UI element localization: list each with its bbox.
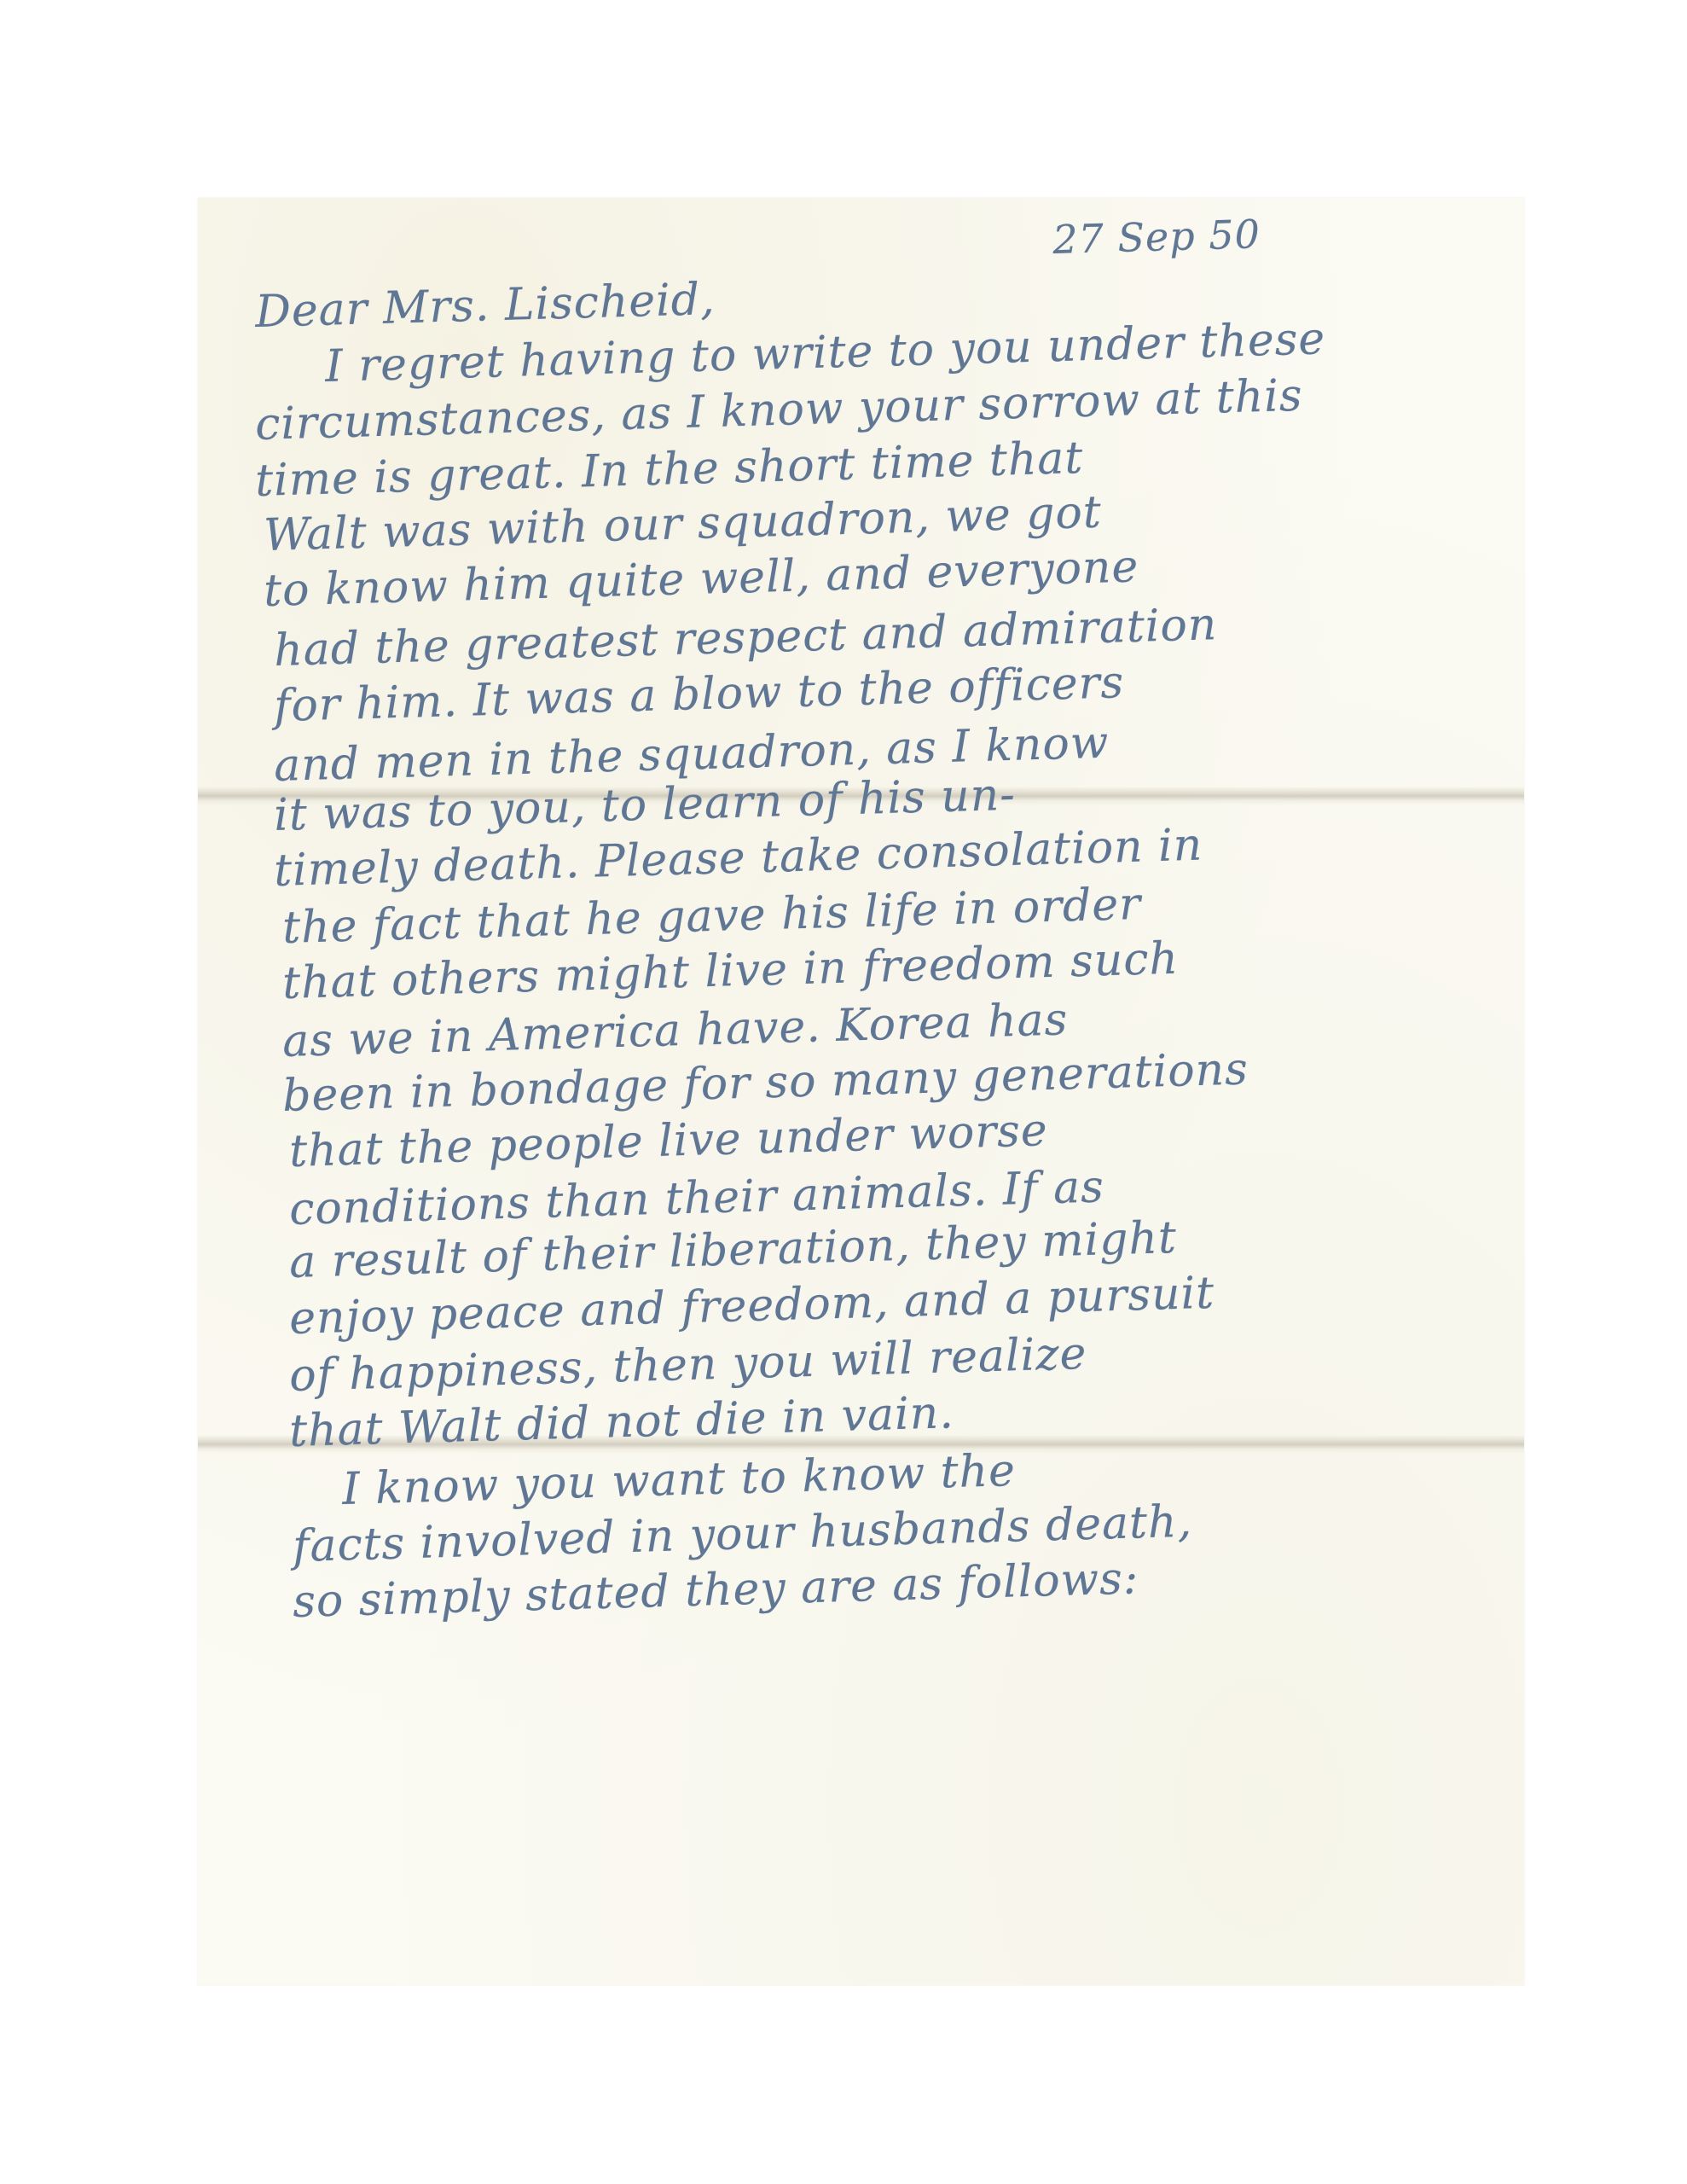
letter-line: that Walt did not die in vain.	[289, 1391, 955, 1454]
letter-line: of happiness, then you will realize	[289, 1332, 1087, 1398]
letter-line: I know you want to know the	[342, 1449, 1017, 1512]
letter-page: 27 Sep 50 Dear Mrs. Lischeid, I regret h…	[198, 198, 1524, 1985]
letter-body: I regret having to write to you under th…	[198, 198, 1524, 1985]
